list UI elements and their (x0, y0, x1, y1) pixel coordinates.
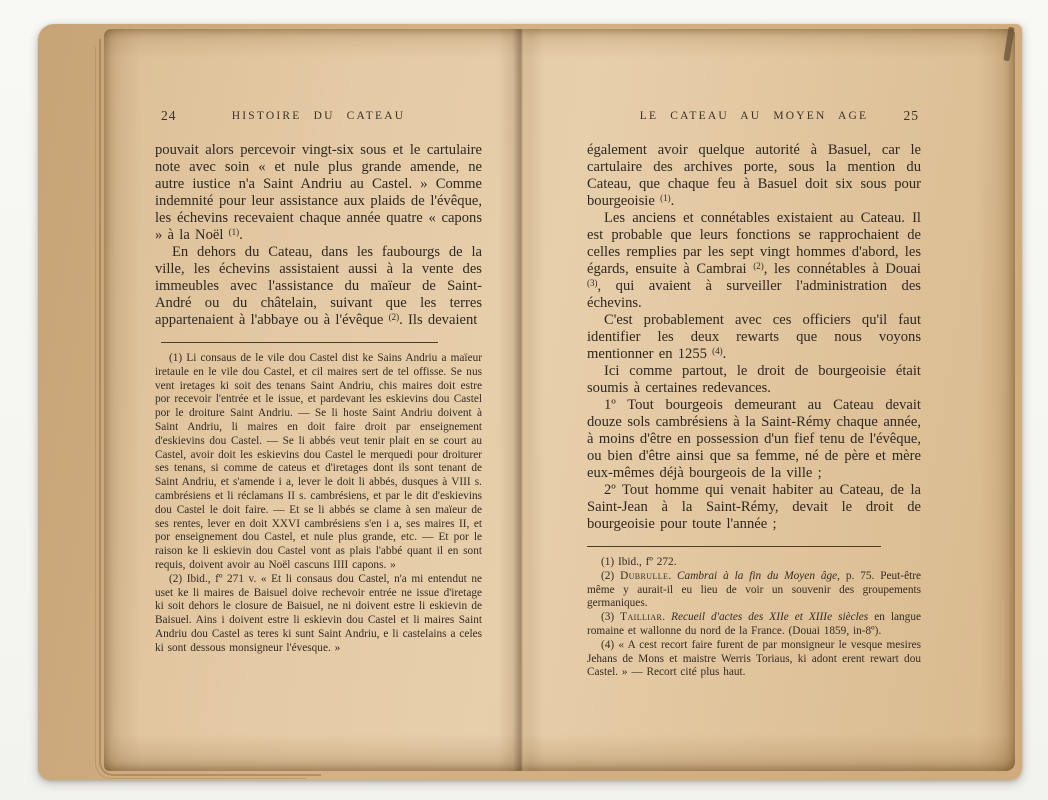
paragraph: 1º Tout bourgeois demeurant au Cateau de… (587, 397, 921, 482)
page-number-left: 24 (161, 108, 177, 124)
footnote-text: . (668, 570, 677, 582)
worn-corner (1003, 27, 1014, 62)
running-head-title-left: HISTOIRE DU CATEAU (232, 110, 406, 122)
footnote: (2) Dubrulle. Cambrai à la fin du Moyen … (587, 570, 921, 611)
footnote-ref: (4) (712, 346, 723, 356)
footnote: (1) Ibid., fº 272. (587, 556, 921, 570)
footnote-rule-left (161, 342, 438, 343)
footnote-text: Recueil d'actes des XIIe et XIIIe siècle… (671, 611, 868, 623)
page-number-right: 25 (904, 108, 920, 124)
footnote-text: . (662, 611, 671, 623)
footnote-text: (1) Ibid., fº 272. (601, 556, 677, 568)
footnote-text: Cambrai à la fin du Moyen âge (677, 570, 837, 582)
paragraph: Les anciens et connétables existaient au… (587, 210, 921, 312)
footnote-text: (2) Ibid., fº 271 v. « Et li consaus dou… (155, 573, 482, 654)
footnote-text: (3) (601, 611, 620, 623)
body-text-right: également avoir quelque autorité à Basue… (587, 142, 921, 533)
footnote: (4) « A cest recort faire furent de par … (587, 639, 921, 680)
paragraph: C'est probablement avec ces officiers qu… (587, 312, 921, 363)
paragraph: Ici comme partout, le droit de bourgeois… (587, 363, 921, 397)
footnote-rule-right (587, 546, 881, 547)
page-left: 24 HISTOIRE DU CATEAU pouvait alors perc… (155, 110, 482, 656)
footnote-ref: (1) (229, 227, 240, 237)
footnotes-right: (1) Ibid., fº 272.(2) Dubrulle. Cambrai … (587, 556, 921, 680)
footnote: (3) Tailliar. Recueil d'actes des XIIe e… (587, 611, 921, 639)
page-right: LE CATEAU AU MOYEN AGE 25 également avoi… (587, 110, 921, 680)
footnote-ref: (1) (660, 193, 671, 203)
paragraph: En dehors du Cateau, dans les faubourgs … (155, 244, 482, 329)
footnote-text: (1) Li consaus de le vile dou Castel dis… (155, 352, 482, 571)
paragraph: pouvait alors percevoir vingt-six sous e… (155, 142, 482, 244)
running-header-right: LE CATEAU AU MOYEN AGE 25 (587, 110, 921, 127)
footnote-ref: (2) (753, 261, 764, 271)
footnote-text: Tailliar (620, 611, 662, 623)
footnote-text: (4) « A cest recort faire furent de par … (587, 639, 921, 679)
scanned-book: 24 HISTOIRE DU CATEAU pouvait alors perc… (38, 24, 1022, 780)
footnote-text: Dubrulle (620, 570, 668, 582)
footnote-text: (2) (601, 570, 620, 582)
paragraph: 2º Tout homme qui venait habiter au Cate… (587, 482, 921, 533)
book-gutter-crease (498, 29, 544, 771)
footnote: (2) Ibid., fº 271 v. « Et li consaus dou… (155, 573, 482, 656)
footnote-ref: (3) (587, 278, 598, 288)
footnote: (1) Li consaus de le vile dou Castel dis… (155, 352, 482, 573)
body-text-left: pouvait alors percevoir vingt-six sous e… (155, 142, 482, 329)
paragraph: également avoir quelque autorité à Basue… (587, 142, 921, 210)
footnotes-left: (1) Li consaus de le vile dou Castel dis… (155, 352, 482, 656)
footnote-ref: (2) (389, 312, 400, 322)
running-header-left: 24 HISTOIRE DU CATEAU (155, 110, 482, 127)
running-head-title-right: LE CATEAU AU MOYEN AGE (640, 110, 868, 122)
